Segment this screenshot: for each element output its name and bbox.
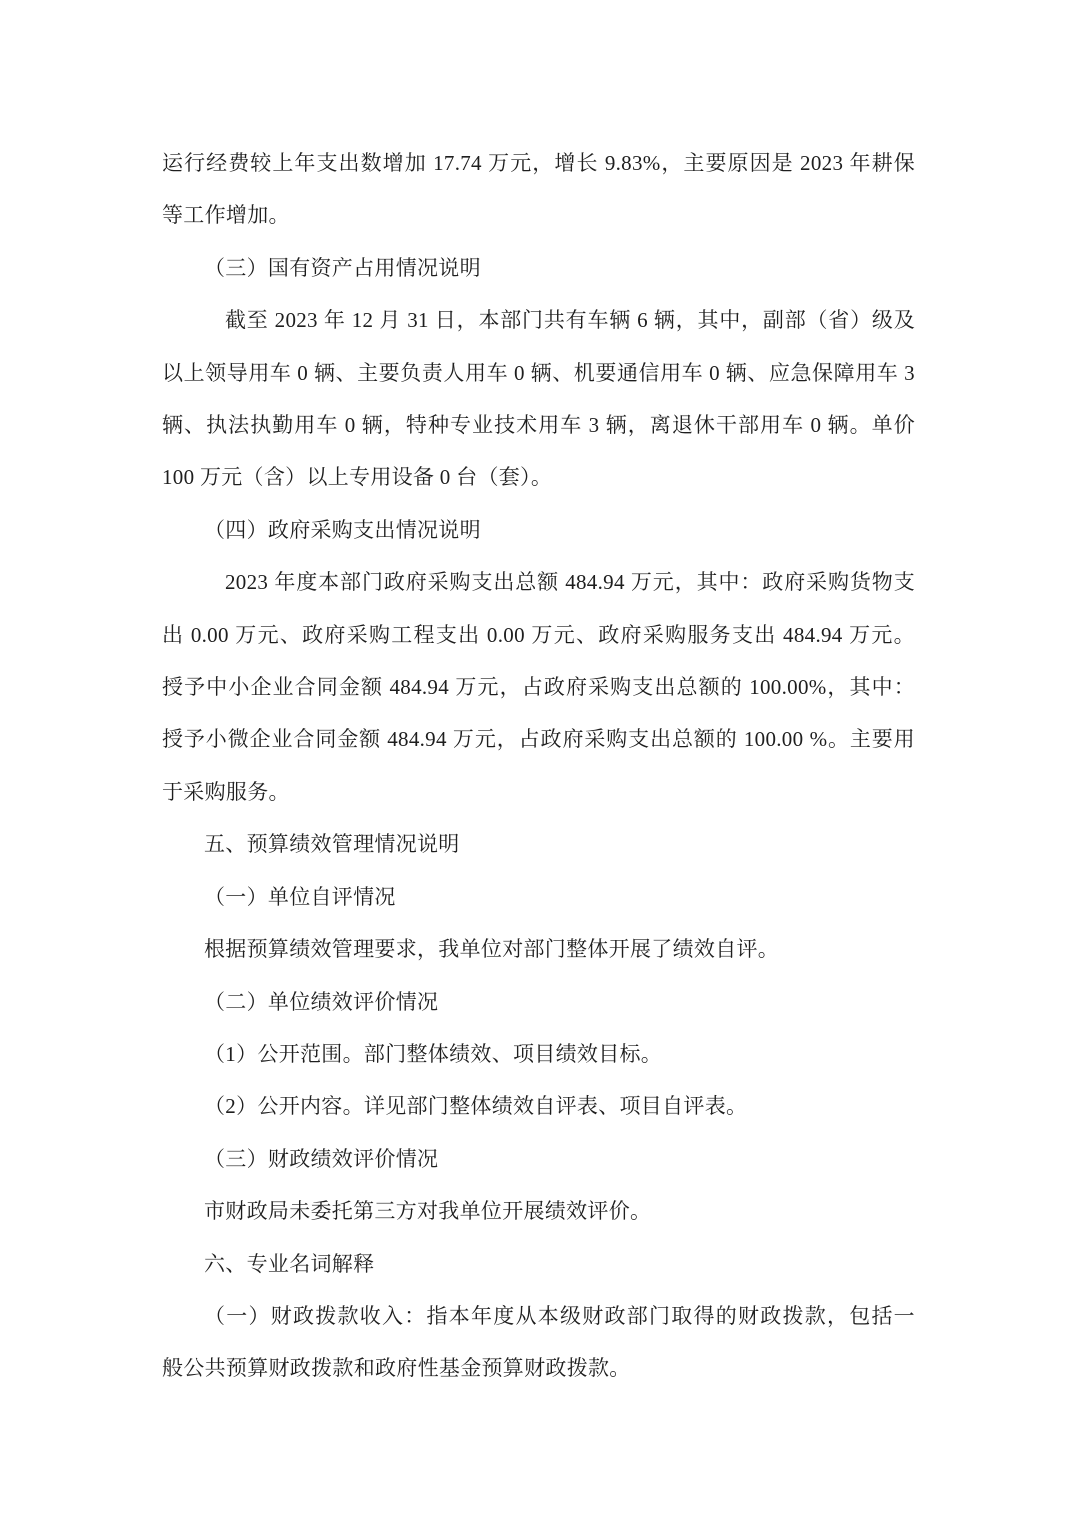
para-self-evaluation: 根据预算绩效管理要求，我单位对部门整体开展了绩效自评。 [162, 923, 915, 975]
document-body: 运行经费较上年支出数增加 17.74 万元，增长 9.83%，主要原因是 202… [162, 137, 915, 1395]
para-gov-procurement-line2: 出 0.00 万元、政府采购工程支出 0.00 万元、政府采购服务支出 484.… [162, 609, 915, 661]
para-state-assets-line2: 以上领导用车 0 辆、主要负责人用车 0 辆、机要通信用车 0 辆、应急保障用车… [162, 347, 915, 399]
para-gov-procurement-line4: 授予小微企业合同金额 484.94 万元，占政府采购支出总额的 100.00 %… [162, 713, 915, 765]
heading-terminology: 六、专业名词解释 [162, 1238, 915, 1290]
para-fiscal-performance-evaluation: 市财政局未委托第三方对我单位开展绩效评价。 [162, 1185, 915, 1237]
para-gov-procurement-line1: 2023 年度本部门政府采购支出总额 484.94 万元，其中：政府采购货物支 [162, 556, 915, 608]
para-gov-procurement-line3: 授予中小企业合同金额 484.94 万元，占政府采购支出总额的 100.00%，… [162, 661, 915, 713]
para-gov-procurement-line5: 于采购服务。 [162, 766, 915, 818]
heading-state-assets: （三）国有资产占用情况说明 [162, 242, 915, 294]
para-state-assets-line1: 截至 2023 年 12 月 31 日，本部门共有车辆 6 辆，其中，副部（省）… [162, 294, 915, 346]
para-operating-expense-line2: 等工作增加。 [162, 189, 915, 241]
para-fiscal-appropriation-line1: （一）财政拨款收入：指本年度从本级财政部门取得的财政拨款，包括一 [162, 1290, 915, 1342]
document-page: 运行经费较上年支出数增加 17.74 万元，增长 9.83%，主要原因是 202… [0, 0, 1074, 1520]
heading-fiscal-performance-evaluation: （三）财政绩效评价情况 [162, 1133, 915, 1185]
item-disclosure-content: （2）公开内容。详见部门整体绩效自评表、项目自评表。 [162, 1080, 915, 1132]
para-state-assets-line4: 100 万元（含）以上专用设备 0 台（套）。 [162, 451, 915, 503]
para-state-assets-line3: 辆、执法执勤用车 0 辆，特种专业技术用车 3 辆，离退休干部用车 0 辆。单价 [162, 399, 915, 451]
heading-performance-management: 五、预算绩效管理情况说明 [162, 818, 915, 870]
heading-self-evaluation: （一）单位自评情况 [162, 871, 915, 923]
para-fiscal-appropriation-line2: 般公共预算财政拨款和政府性基金预算财政拨款。 [162, 1342, 915, 1394]
heading-unit-performance-evaluation: （二）单位绩效评价情况 [162, 976, 915, 1028]
para-operating-expense-line1: 运行经费较上年支出数增加 17.74 万元，增长 9.83%，主要原因是 202… [162, 137, 915, 189]
item-disclosure-scope: （1）公开范围。部门整体绩效、项目绩效目标。 [162, 1028, 915, 1080]
heading-gov-procurement: （四）政府采购支出情况说明 [162, 504, 915, 556]
